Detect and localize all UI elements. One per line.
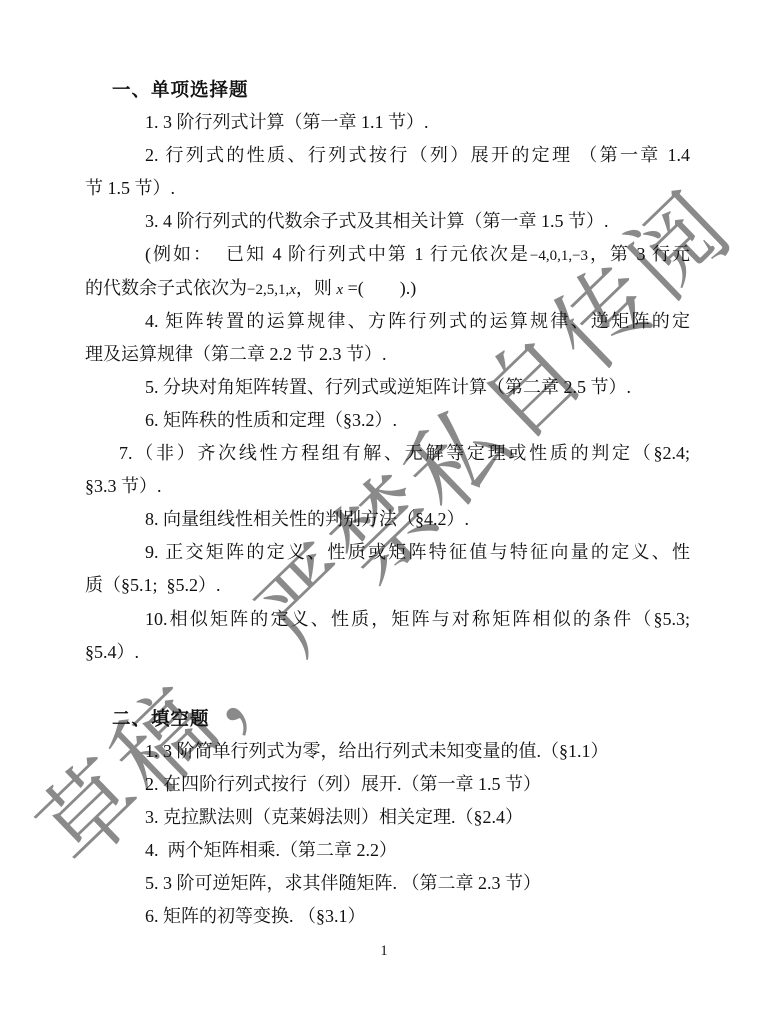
section-1-heading: 一、单项选择题 (85, 73, 690, 106)
example-text: 的代数余子式依次为 (85, 278, 247, 298)
example-text: ，第 3 行元 (588, 244, 690, 264)
text-line: 4. 矩阵转置的运算规律、方阵行列式的运算规律、逆矩阵的定 (85, 305, 690, 338)
math-segment: −4,0,1,−3 (530, 248, 588, 264)
example-text: (例如： 已知 4 阶行列式中第 1 行元依次是 (145, 244, 530, 264)
example-line: (例如： 已知 4 阶行列式中第 1 行元依次是−4,0,1,−3，第 3 行元 (85, 238, 690, 271)
example-line: 的代数余子式依次为−2,5,1,x，则 x =( ).) (85, 272, 690, 305)
text-line: 3. 4 阶行列式的代数余子式及其相关计算（第一章 1.5 节）. (85, 205, 690, 238)
document-body: 一、单项选择题 1. 3 阶行列式计算（第一章 1.1 节）. 2. 行列式的性… (85, 73, 690, 933)
text-line: 5. 分块对角矩阵转置、行列式或逆矩阵计算（第二章 2.5 节）. (85, 371, 690, 404)
text-line: 节 1.5 节）. (85, 172, 690, 205)
page-number: 1 (0, 943, 768, 960)
text-line: 4. 两个矩阵相乘.（第二章 2.2） (85, 834, 690, 867)
text-line: 3. 克拉默法则（克莱姆法则）相关定理.（§2.4） (85, 801, 690, 834)
math-variable: x (289, 282, 296, 298)
text-line: 质（§5.1; §5.2）. (85, 569, 690, 602)
text-line: 10.相似矩阵的定义、性质，矩阵与对称矩阵相似的条件（§5.3; (85, 603, 690, 636)
document-page: 草稿，严禁私自传阅 一、单项选择题 1. 3 阶行列式计算（第一章 1.1 节）… (0, 0, 768, 1024)
text-line: 理及运算规律（第二章 2.2 节 2.3 节）. (85, 338, 690, 371)
text-line: §5.4）. (85, 636, 690, 669)
text-line: 6. 矩阵的初等变换. （§3.1） (85, 900, 690, 933)
math-segment: =( ).) (343, 278, 416, 298)
text-line: 6. 矩阵秩的性质和定理（§3.2）. (85, 404, 690, 437)
section-2-heading: 二、填空题 (85, 702, 690, 735)
text-line: 9. 正交矩阵的定义、性质或矩阵特征值与特征向量的定义、性 (85, 536, 690, 569)
text-line: 7.（非）齐次线性方程组有解、无解等定理或性质的判定（§2.4; (85, 437, 690, 470)
text-line: §3.3 节）. (85, 470, 690, 503)
text-line: 2. 行列式的性质、行列式按行（列）展开的定理 （第一章 1.4 (85, 139, 690, 172)
section-gap (85, 669, 690, 702)
text-line: 1. 3 阶简单行列式为零，给出行列式未知变量的值.（§1.1） (85, 735, 690, 768)
text-line: 5. 3 阶可逆矩阵，求其伴随矩阵. （第二章 2.3 节） (85, 867, 690, 900)
math-segment: −2,5,1, (247, 282, 289, 298)
text-line: 8. 向量组线性相关性的判别方法（§4.2）. (85, 503, 690, 536)
text-line: 2. 在四阶行列式按行（列）展开.（第一章 1.5 节） (85, 768, 690, 801)
example-text: ，则 (296, 278, 337, 298)
text-line: 1. 3 阶行列式计算（第一章 1.1 节）. (85, 106, 690, 139)
